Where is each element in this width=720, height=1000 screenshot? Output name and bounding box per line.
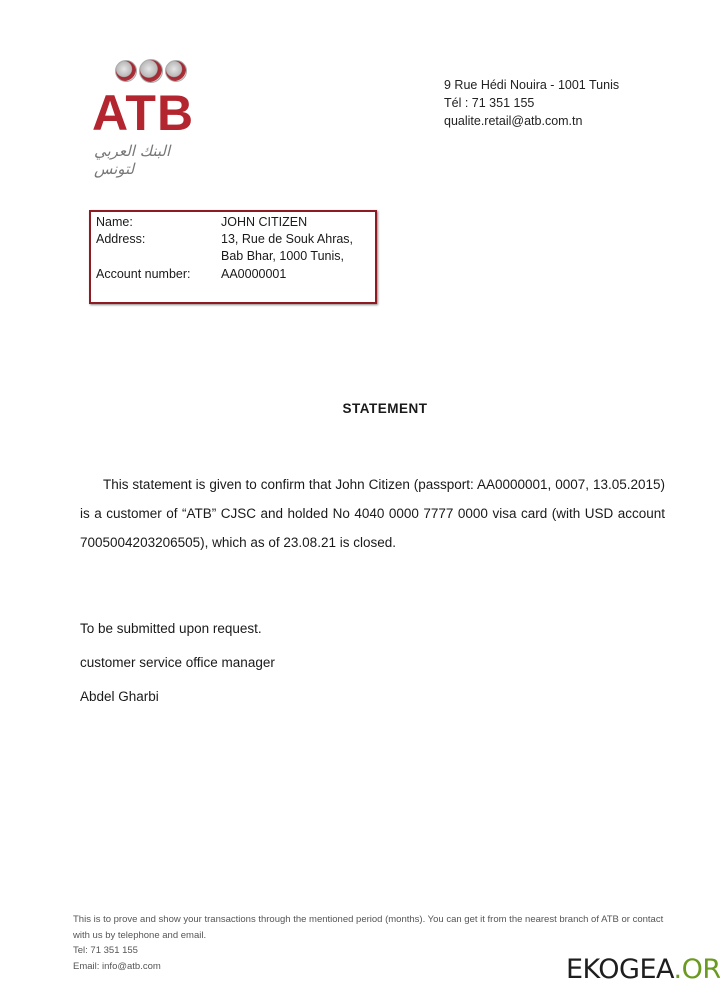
bank-email: qualite.retail@atb.com.tn — [444, 112, 619, 130]
bank-phone: Tél : 71 351 155 — [444, 94, 619, 112]
statement-body: This statement is given to confirm that … — [80, 470, 665, 557]
bank-contact-block: 9 Rue Hédi Nouira - 1001 Tunis Tél : 71 … — [444, 76, 619, 130]
watermark-accent: .ORG — [674, 954, 720, 985]
signer-title: customer service office manager — [80, 655, 275, 670]
coin-icon — [165, 60, 187, 82]
statement-title: STATEMENT — [0, 401, 720, 416]
bank-address: 9 Rue Hédi Nouira - 1001 Tunis — [444, 76, 619, 94]
logo-arabic-name: البنك العربي لتونس — [94, 142, 208, 178]
logo-wordmark: ATB — [92, 88, 194, 138]
account-value: AA0000001 — [221, 266, 376, 283]
coin-icon — [115, 60, 137, 82]
address-value: 13, Rue de Souk Ahras, Bab Bhar, 1000 Tu… — [221, 231, 376, 265]
watermark-main: EKOGEA — [566, 954, 674, 985]
atb-logo: ATB البنك العربي لتونس — [88, 58, 208, 168]
account-label: Account number: — [96, 266, 216, 283]
watermark: EKOGEA.ORG — [566, 954, 720, 985]
coins-emblem-icon — [115, 60, 187, 83]
name-label: Name: — [96, 214, 216, 231]
coin-icon — [139, 59, 163, 83]
footer-note: This is to prove and show your transacti… — [73, 912, 673, 943]
submit-note: To be submitted upon request. — [80, 621, 262, 636]
customer-info-box: Name: JOHN CITIZEN Address: 13, Rue de S… — [89, 210, 377, 304]
name-value: JOHN CITIZEN — [221, 214, 376, 231]
address-label: Address: — [96, 231, 216, 248]
signer-name: Abdel Gharbi — [80, 689, 159, 704]
